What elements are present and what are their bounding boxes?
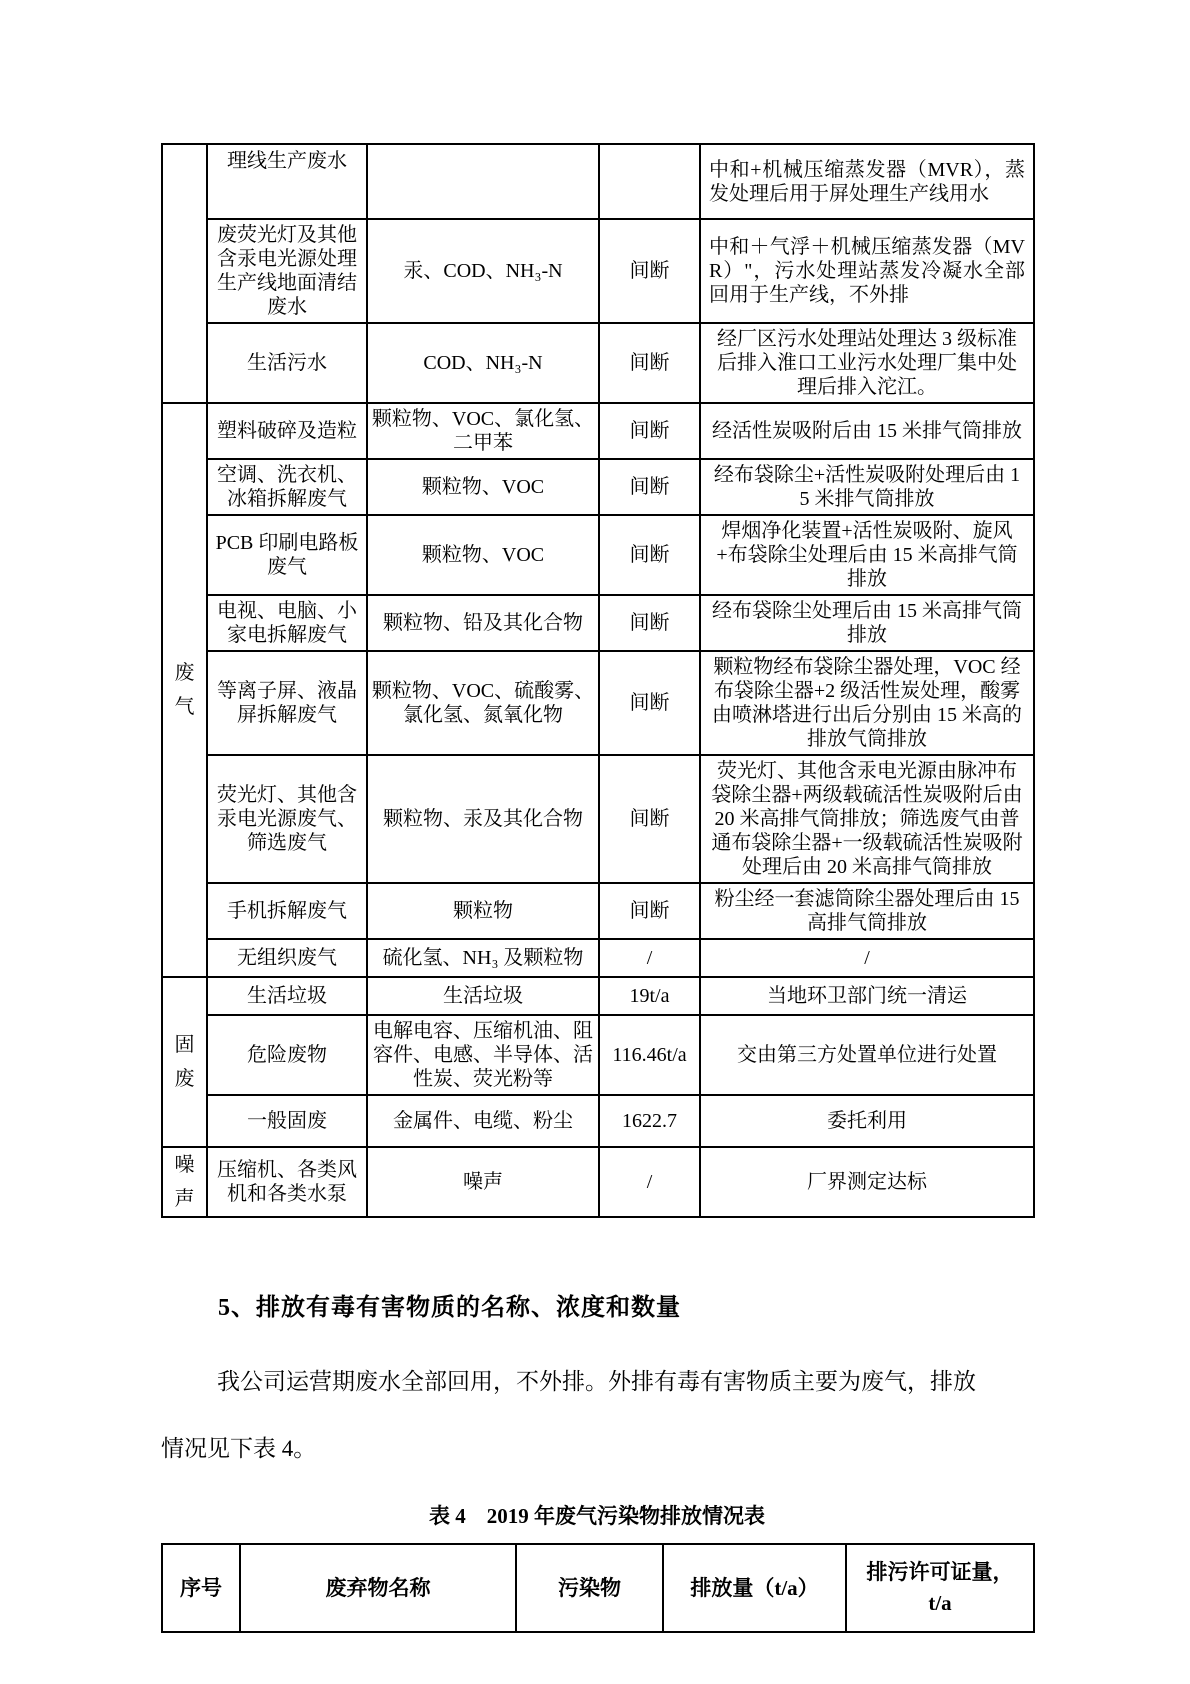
table4-header-row: 序号 废弃物名称 污染物 排放量（t/a） 排污许可证量， t/a — [162, 1544, 1034, 1632]
cell-source: 生活污水 — [207, 323, 367, 403]
t4-header-index: 序号 — [162, 1544, 240, 1632]
cell-treatment: 中和＋气浮＋机械压缩蒸发器（MVR）"，污水处理站蒸发冷凝水全部回用于生产线，不… — [700, 219, 1034, 323]
cell-frequency: 间断 — [599, 883, 700, 939]
cell-frequency: 间断 — [599, 651, 700, 755]
table-row: 废荧光灯及其他含汞电光源处理生产线地面清结废水 汞、COD、NH₃-N 间断 中… — [162, 219, 1034, 323]
cell-source: 手机拆解废气 — [207, 883, 367, 939]
cell-treatment: 颗粒物经布袋除尘器处理，VOC 经布袋除尘器+2 级活性炭处理，酸雾由喷淋塔进行… — [700, 651, 1034, 755]
t4-header-permit-amount: 排污许可证量， t/a — [846, 1544, 1034, 1632]
cell-source: 一般固废 — [207, 1095, 367, 1147]
t4-header-pollutant: 污染物 — [516, 1544, 663, 1632]
table-row: 电视、电脑、小家电拆解废气 颗粒物、铅及其化合物 间断 经布袋除尘处理后由 15… — [162, 595, 1034, 651]
cell-frequency: 间断 — [599, 595, 700, 651]
cell-pollutant: 电解电容、压缩机油、阻容件、电感、半导体、活性炭、荧光粉等 — [367, 1015, 599, 1095]
category-cell-waste-gas: 废 气 — [162, 403, 207, 977]
cell-pollutant: 金属件、电缆、粉尘 — [367, 1095, 599, 1147]
cell-frequency: 116.46t/a — [599, 1015, 700, 1095]
cell-source: 废荧光灯及其他含汞电光源处理生产线地面清结废水 — [207, 219, 367, 323]
cell-frequency: 间断 — [599, 515, 700, 595]
cell-source: 电视、电脑、小家电拆解废气 — [207, 595, 367, 651]
cell-frequency — [599, 144, 700, 219]
cell-treatment: 交由第三方处置单位进行处置 — [700, 1015, 1034, 1095]
cell-treatment: 经布袋除尘处理后由 15 米高排气筒排放 — [700, 595, 1034, 651]
table-row: 固 废 生活垃圾 生活垃圾 19t/a 当地环卫部门统一清运 — [162, 977, 1034, 1015]
cell-treatment: 委托利用 — [700, 1095, 1034, 1147]
cell-source: 压缩机、各类风机和各类水泵 — [207, 1147, 367, 1217]
table4-emission-table: 序号 废弃物名称 污染物 排放量（t/a） 排污许可证量， t/a — [161, 1543, 1035, 1633]
cell-pollutant: 颗粒物、VOC — [367, 515, 599, 595]
table-row: 废 气 塑料破碎及造粒 颗粒物、VOC、氯化氢、二甲苯 间断 经活性炭吸附后由 … — [162, 403, 1034, 459]
table-row: 等离子屏、液晶屏拆解废气 颗粒物、VOC、硫酸雾、氯化氢、氮氧化物 间断 颗粒物… — [162, 651, 1034, 755]
cell-source: 无组织废气 — [207, 939, 367, 977]
cell-source: 生活垃圾 — [207, 977, 367, 1015]
cell-frequency: / — [599, 1147, 700, 1217]
cell-source: 等离子屏、液晶屏拆解废气 — [207, 651, 367, 755]
cell-pollutant: 颗粒物、VOC、硫酸雾、氯化氢、氮氧化物 — [367, 651, 599, 755]
category-cell-noise: 噪 声 — [162, 1147, 207, 1217]
cell-treatment: 当地环卫部门统一清运 — [700, 977, 1034, 1015]
t4-header-waste-name: 废弃物名称 — [240, 1544, 516, 1632]
category-cell-solid-waste: 固 废 — [162, 977, 207, 1147]
cell-pollutant: 汞、COD、NH₃-N — [367, 219, 599, 323]
cell-treatment: 经厂区污水处理站处理达 3 级标准后排入淮口工业污水处理厂集中处理后排入沱江。 — [700, 323, 1034, 403]
table-row: 荧光灯、其他含汞电光源废气、筛选废气 颗粒物、汞及其化合物 间断 荧光灯、其他含… — [162, 755, 1034, 883]
cell-pollutant: 颗粒物、铅及其化合物 — [367, 595, 599, 651]
table-row: 空调、洗衣机、冰箱拆解废气 颗粒物、VOC 间断 经布袋除尘+活性炭吸附处理后由… — [162, 459, 1034, 515]
cell-source: 荧光灯、其他含汞电光源废气、筛选废气 — [207, 755, 367, 883]
cell-pollutant: COD、NH₃-N — [367, 323, 599, 403]
cell-frequency: / — [599, 939, 700, 977]
cell-treatment: 粉尘经一套滤筒除尘器处理后由 15 高排气筒排放 — [700, 883, 1034, 939]
cell-treatment: / — [700, 939, 1034, 977]
paragraph-line-1: 我公司运营期废水全部回用，不外排。外排有毒有害物质主要为废气，排放 — [161, 1369, 1035, 1395]
cell-frequency: 间断 — [599, 219, 700, 323]
cell-pollutant — [367, 144, 599, 219]
table-row: 危险废物 电解电容、压缩机油、阻容件、电感、半导体、活性炭、荧光粉等 116.4… — [162, 1015, 1034, 1095]
table-row: 手机拆解废气 颗粒物 间断 粉尘经一套滤筒除尘器处理后由 15 高排气筒排放 — [162, 883, 1034, 939]
cell-pollutant: 生活垃圾 — [367, 977, 599, 1015]
cell-frequency: 1622.7 — [599, 1095, 700, 1147]
waste-discharge-table: 理线生产废水 中和+机械压缩蒸发器（MVR），蒸发处理后用于屏处理生产线用水 废… — [161, 143, 1035, 1218]
cell-pollutant: 噪声 — [367, 1147, 599, 1217]
table-row: 噪 声 压缩机、各类风机和各类水泵 噪声 / 厂界测定达标 — [162, 1147, 1034, 1217]
section-heading: 5、排放有毒有害物质的名称、浓度和数量 — [161, 1287, 1035, 1322]
cell-treatment: 经活性炭吸附后由 15 米排气筒排放 — [700, 403, 1034, 459]
document-page: 理线生产废水 中和+机械压缩蒸发器（MVR），蒸发处理后用于屏处理生产线用水 废… — [0, 0, 1190, 1684]
cell-pollutant: 颗粒物、VOC — [367, 459, 599, 515]
cell-treatment: 经布袋除尘+活性炭吸附处理后由 15 米排气筒排放 — [700, 459, 1034, 515]
cell-source: 理线生产废水 — [207, 144, 367, 219]
cell-treatment: 荧光灯、其他含汞电光源由脉冲布袋除尘器+两级载硫活性炭吸附后由 20 米高排气筒… — [700, 755, 1034, 883]
cell-source: 危险废物 — [207, 1015, 367, 1095]
table-row: 一般固废 金属件、电缆、粉尘 1622.7 委托利用 — [162, 1095, 1034, 1147]
cell-frequency: 间断 — [599, 403, 700, 459]
cell-pollutant: 硫化氢、NH₃ 及颗粒物 — [367, 939, 599, 977]
category-cell-wastewater — [162, 144, 207, 403]
cell-frequency: 间断 — [599, 459, 700, 515]
cell-source: 塑料破碎及造粒 — [207, 403, 367, 459]
cell-pollutant: 颗粒物、VOC、氯化氢、二甲苯 — [367, 403, 599, 459]
table-row: 无组织废气 硫化氢、NH₃ 及颗粒物 / / — [162, 939, 1034, 977]
paragraph-line-2: 情况见下表 4。 — [161, 1436, 1035, 1462]
t4-header-discharge-amount: 排放量（t/a） — [663, 1544, 846, 1632]
cell-source: 空调、洗衣机、冰箱拆解废气 — [207, 459, 367, 515]
cell-treatment: 焊烟净化装置+活性炭吸附、旋风+布袋除尘处理后由 15 米高排气筒排放 — [700, 515, 1034, 595]
table4-caption: 表 4 2019 年废气污染物排放情况表 — [161, 1500, 1033, 1530]
cell-treatment: 中和+机械压缩蒸发器（MVR），蒸发处理后用于屏处理生产线用水 — [700, 144, 1034, 219]
cell-frequency: 间断 — [599, 755, 700, 883]
cell-frequency: 19t/a — [599, 977, 700, 1015]
table-row: 理线生产废水 中和+机械压缩蒸发器（MVR），蒸发处理后用于屏处理生产线用水 — [162, 144, 1034, 219]
table-row: PCB 印刷电路板废气 颗粒物、VOC 间断 焊烟净化装置+活性炭吸附、旋风+布… — [162, 515, 1034, 595]
cell-pollutant: 颗粒物 — [367, 883, 599, 939]
table-row: 生活污水 COD、NH₃-N 间断 经厂区污水处理站处理达 3 级标准后排入淮口… — [162, 323, 1034, 403]
cell-treatment: 厂界测定达标 — [700, 1147, 1034, 1217]
cell-frequency: 间断 — [599, 323, 700, 403]
cell-source: PCB 印刷电路板废气 — [207, 515, 367, 595]
cell-pollutant: 颗粒物、汞及其化合物 — [367, 755, 599, 883]
